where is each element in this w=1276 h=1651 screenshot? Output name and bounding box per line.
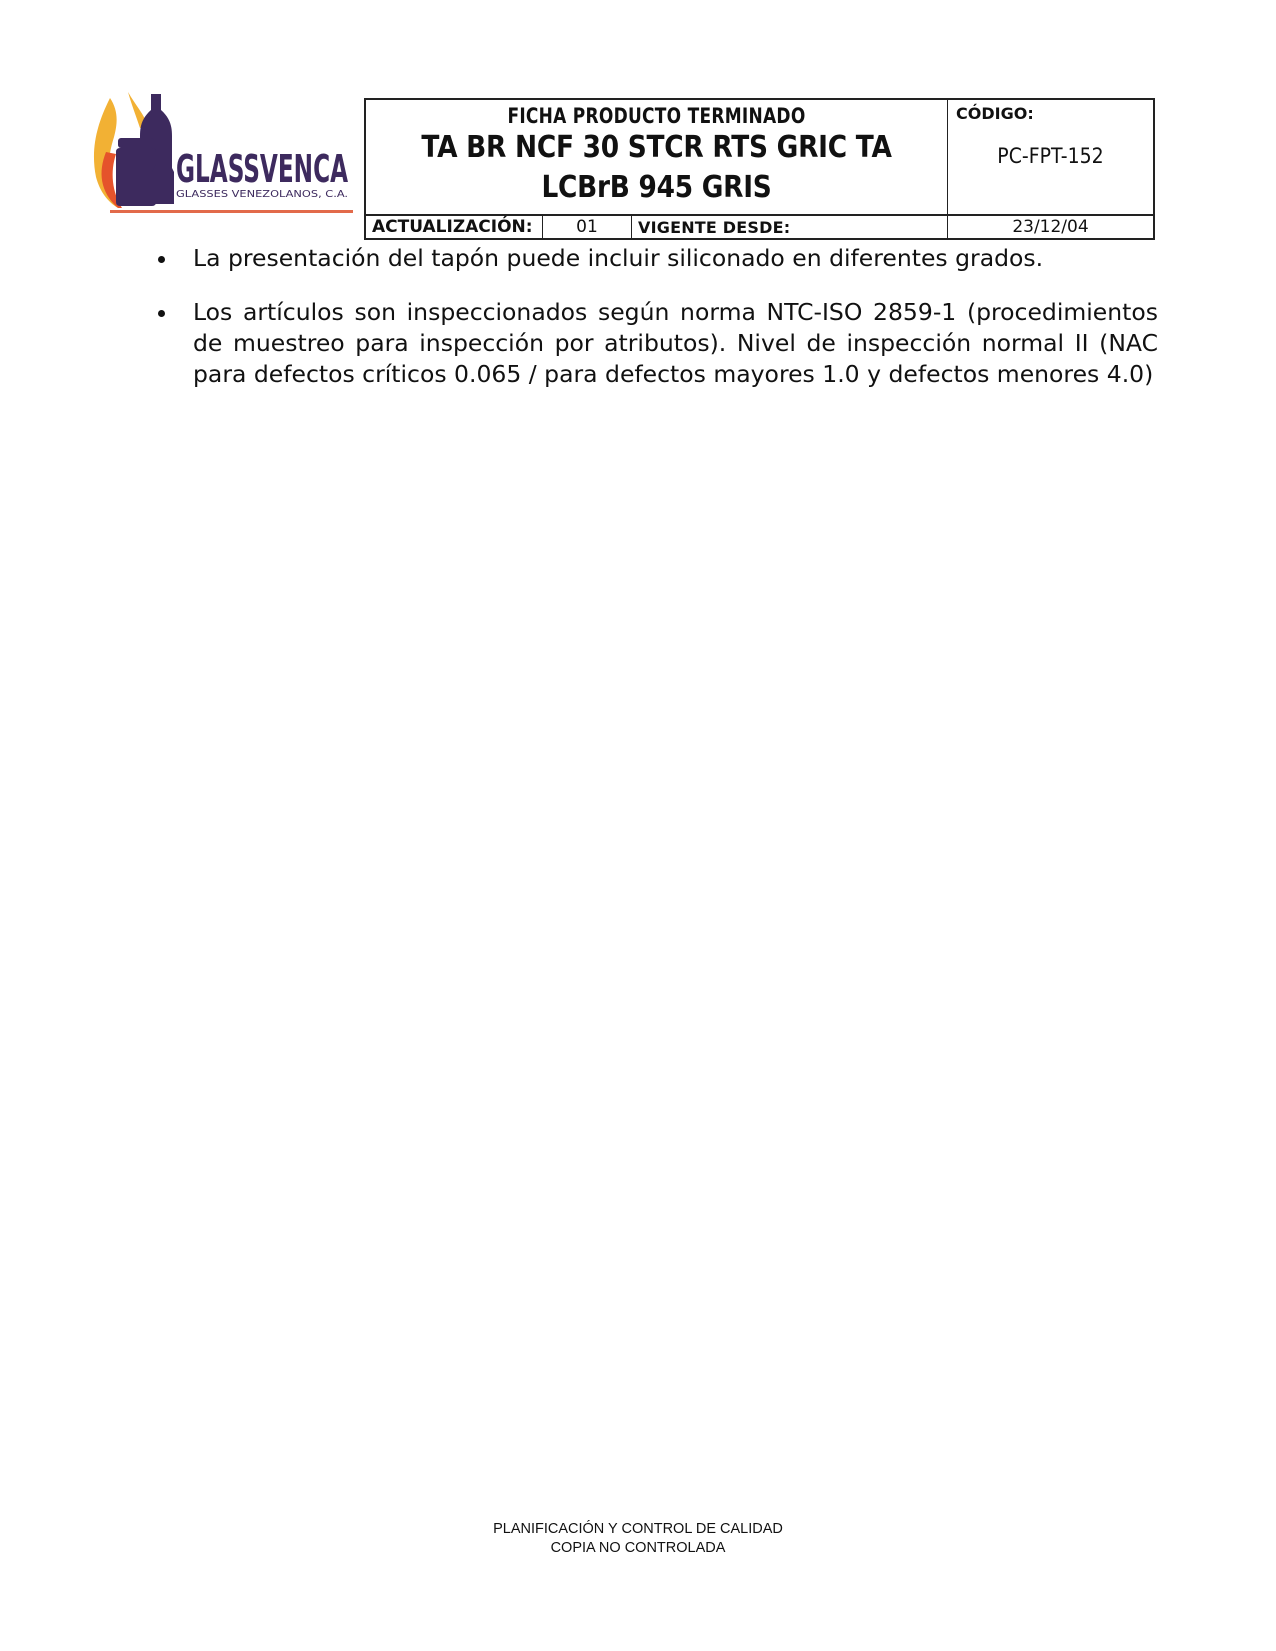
- company-logo: GLASSVENCA GLASSES VENEZOLANOS, C.A.: [88, 92, 353, 216]
- product-name-line-2: LCBrB 945 GRIS: [401, 168, 912, 208]
- code-cell: CÓDIGO: PC-FPT-152: [948, 100, 1153, 214]
- bullet-icon: [158, 310, 165, 317]
- list-item: La presentación del tapón puede incluir …: [150, 243, 1158, 274]
- update-value: 01: [543, 216, 632, 238]
- notes-list: La presentación del tapón puede incluir …: [150, 243, 1158, 413]
- valid-from-label: VIGENTE DESDE:: [632, 216, 948, 238]
- list-item-text: Los artículos son inspeccionados según n…: [193, 298, 1158, 388]
- brand-name: GLASSVENCA: [176, 147, 348, 191]
- document-type: FICHA PRODUCTO TERMINADO: [395, 104, 918, 128]
- page-footer: PLANIFICACIÓN Y CONTROL DE CALIDAD COPIA…: [0, 1520, 1276, 1558]
- footer-department: PLANIFICACIÓN Y CONTROL DE CALIDAD: [0, 1520, 1276, 1539]
- update-label: ACTUALIZACIÓN:: [366, 216, 543, 238]
- document-header-table: FICHA PRODUCTO TERMINADO TA BR NCF 30 ST…: [364, 98, 1155, 240]
- code-value: PC-FPT-152: [958, 144, 1143, 168]
- code-label: CÓDIGO:: [956, 104, 1034, 123]
- product-name-line-1: TA BR NCF 30 STCR RTS GRIC TA: [401, 128, 912, 168]
- valid-from-value: 23/12/04: [948, 216, 1153, 238]
- brand-tagline: GLASSES VENEZOLANOS, C.A.: [176, 189, 348, 200]
- glassvenca-logo-graphic: GLASSVENCA GLASSES VENEZOLANOS, C.A.: [88, 92, 353, 216]
- bullet-icon: [158, 256, 165, 263]
- list-item-text: La presentación del tapón puede incluir …: [193, 244, 1043, 272]
- title-cell: FICHA PRODUCTO TERMINADO TA BR NCF 30 ST…: [366, 100, 948, 214]
- list-item: Los artículos son inspeccionados según n…: [150, 297, 1158, 390]
- footer-copy-status: COPIA NO CONTROLADA: [0, 1539, 1276, 1558]
- header-meta-row: ACTUALIZACIÓN: 01 VIGENTE DESDE: 23/12/0…: [366, 214, 1153, 238]
